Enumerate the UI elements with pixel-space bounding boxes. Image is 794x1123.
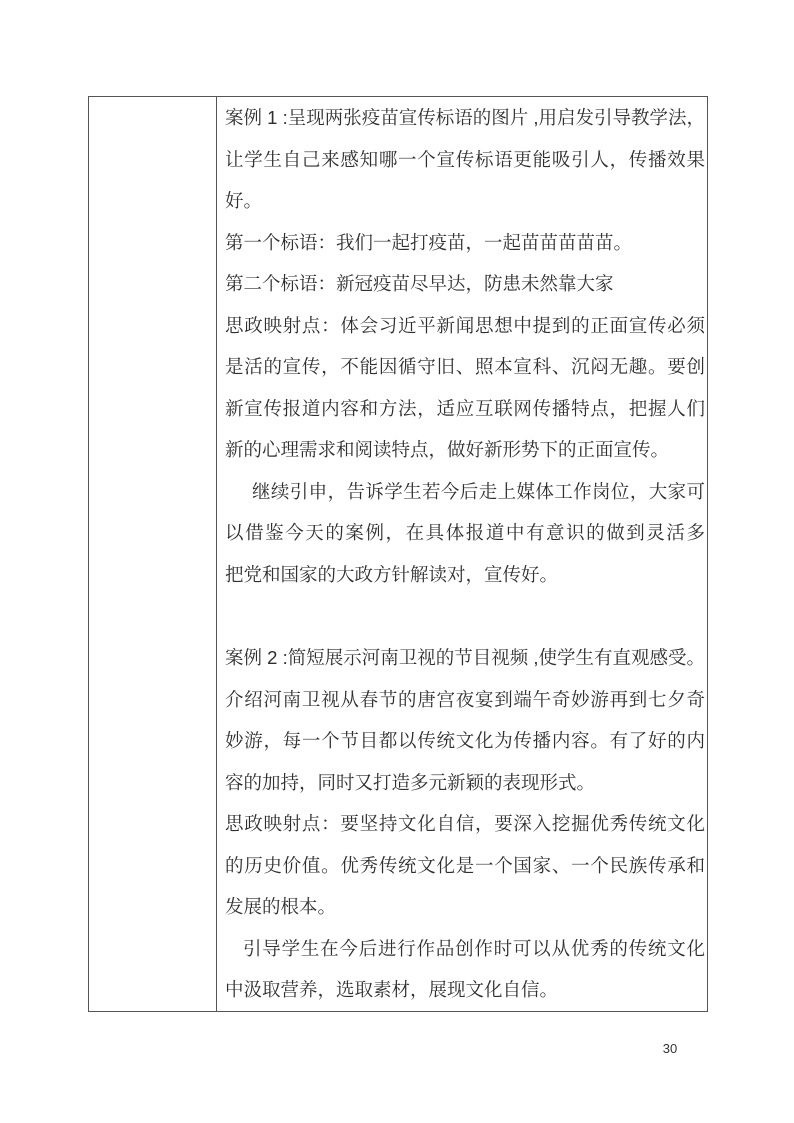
table-left-cell [89, 97, 217, 1011]
text-line: 第一个标语：我们一起打疫苗，一起苗苗苗苗苗。 [225, 222, 705, 264]
text-line: 容的加持，同时又打造多元新颖的表现形式。 [225, 762, 705, 804]
text-line: 继续引申，告诉学生若今后走上媒体工作岗位，大家可 [225, 471, 705, 513]
text-line: 思政映射点：要坚持文化自信，要深入挖掘优秀传统文化 [225, 803, 705, 845]
text-line: 思政映射点：体会习近平新闻思想中提到的正面宣传必须 [225, 305, 705, 347]
text-line: 引导学生在今后进行作品创作时可以从优秀的传统文化 [225, 928, 705, 970]
text-line: 让学生自己来感知哪一个宣传标语更能吸引人，传播效果 [225, 139, 705, 181]
text-line: 中汲取营养，选取素材，展现文化自信。 [225, 969, 705, 1011]
text-line: 以借鉴今天的案例，在具体报道中有意识的做到灵活多变， [225, 512, 705, 554]
table-right-cell: 案例 1 :呈现两张疫苗宣传标语的图片 ,用启发引导教学法，让学生自己来感知哪一… [217, 97, 707, 1011]
text-line: 介绍河南卫视从春节的唐宫夜宴到端午奇妙游再到七夕奇 [225, 679, 705, 721]
text-line: 把党和国家的大政方针解读对，宣传好。 [225, 554, 705, 596]
text-line: 第二个标语：新冠疫苗尽早达，防患未然靠大家 [225, 263, 705, 305]
text-line: 是活的宣传，不能因循守旧、照本宣科、沉闷无趣。要创 [225, 346, 705, 388]
text-line: 新宣传报道内容和方法，适应互联网传播特点，把握人们 [225, 388, 705, 430]
text-line: 新的心理需求和阅读特点，做好新形势下的正面宣传。 [225, 429, 705, 471]
lesson-plan-table: 案例 1 :呈现两张疫苗宣传标语的图片 ,用启发引导教学法，让学生自己来感知哪一… [88, 96, 708, 1012]
blank-line [225, 596, 705, 638]
text-line: 好。 [225, 180, 705, 222]
text-line: 妙游，每一个节目都以传统文化为传播内容。有了好的内 [225, 720, 705, 762]
page-number: 30 [650, 1040, 690, 1058]
text-line: 案例 2 :简短展示河南卫视的节目视频 ,使学生有直观感受。 [225, 637, 705, 679]
text-line: 案例 1 :呈现两张疫苗宣传标语的图片 ,用启发引导教学法， [225, 97, 705, 139]
text-line: 的历史价值。优秀传统文化是一个国家、一个民族传承和 [225, 845, 705, 887]
text-line: 发展的根本。 [225, 886, 705, 928]
